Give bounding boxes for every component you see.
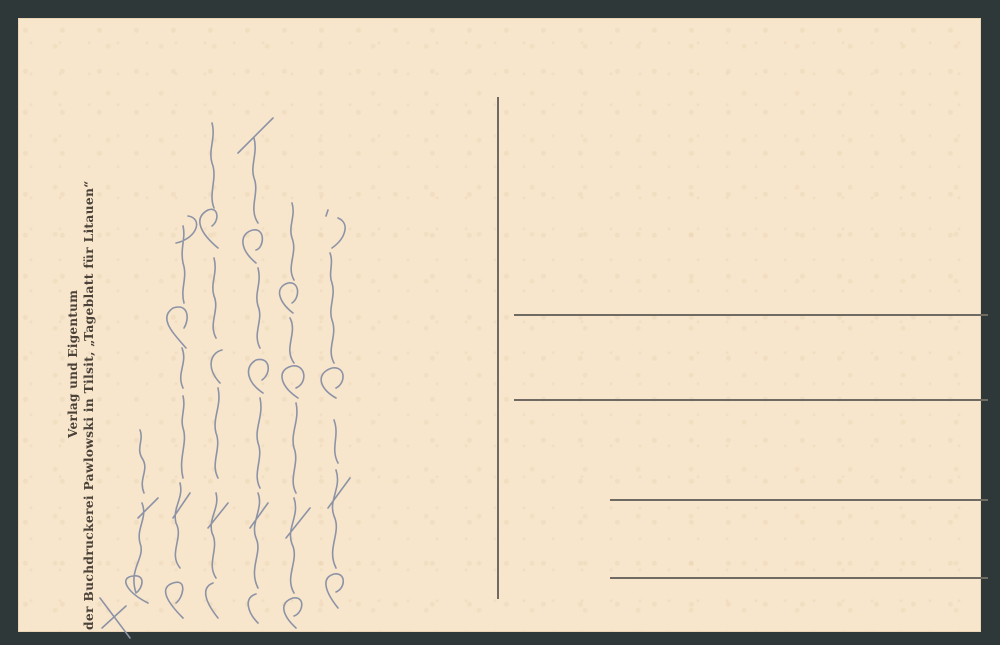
pencil-strokes [88,98,368,645]
address-rule-line-4 [610,577,988,579]
cross-mark-icon [100,598,130,638]
address-rule-line-1 [514,314,988,316]
handwritten-message: illegible — not transcribed [88,98,368,645]
postcard: Verlag und Eigentum der Buchdruckerei Pa… [18,18,981,632]
address-rule-line-2 [514,399,988,401]
message-address-divider [497,97,499,599]
publisher-imprint-line1: Verlag und Eigentum [66,290,80,438]
address-rule-line-3 [610,499,988,501]
